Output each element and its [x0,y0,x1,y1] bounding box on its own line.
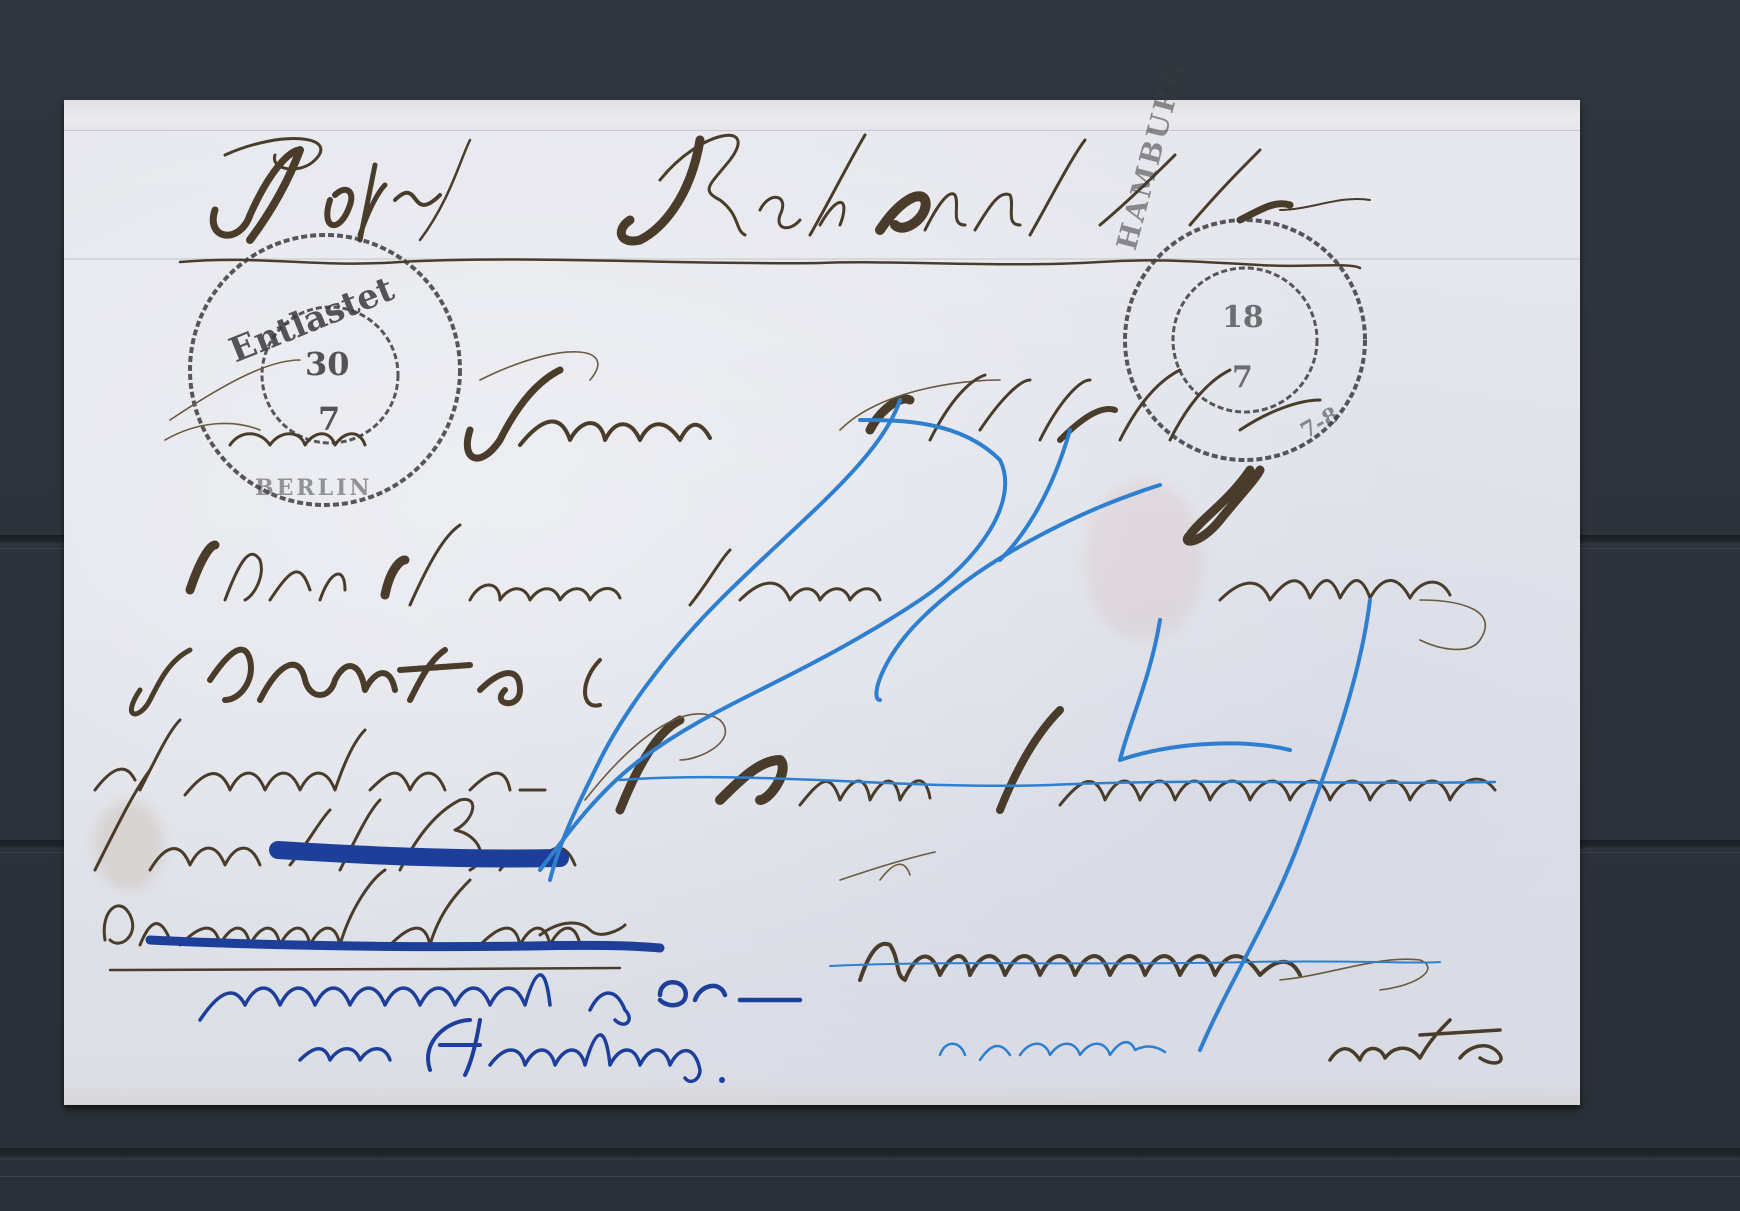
postmark-right-day: 18 [1222,300,1264,335]
postmark-right-month: 7 [1232,360,1253,395]
postmark-left-day: 30 [305,345,350,383]
heading-rule [180,259,1360,268]
poste-restante-heading-strokes [213,135,1370,241]
postmark-left-city: BERLIN [255,475,373,501]
